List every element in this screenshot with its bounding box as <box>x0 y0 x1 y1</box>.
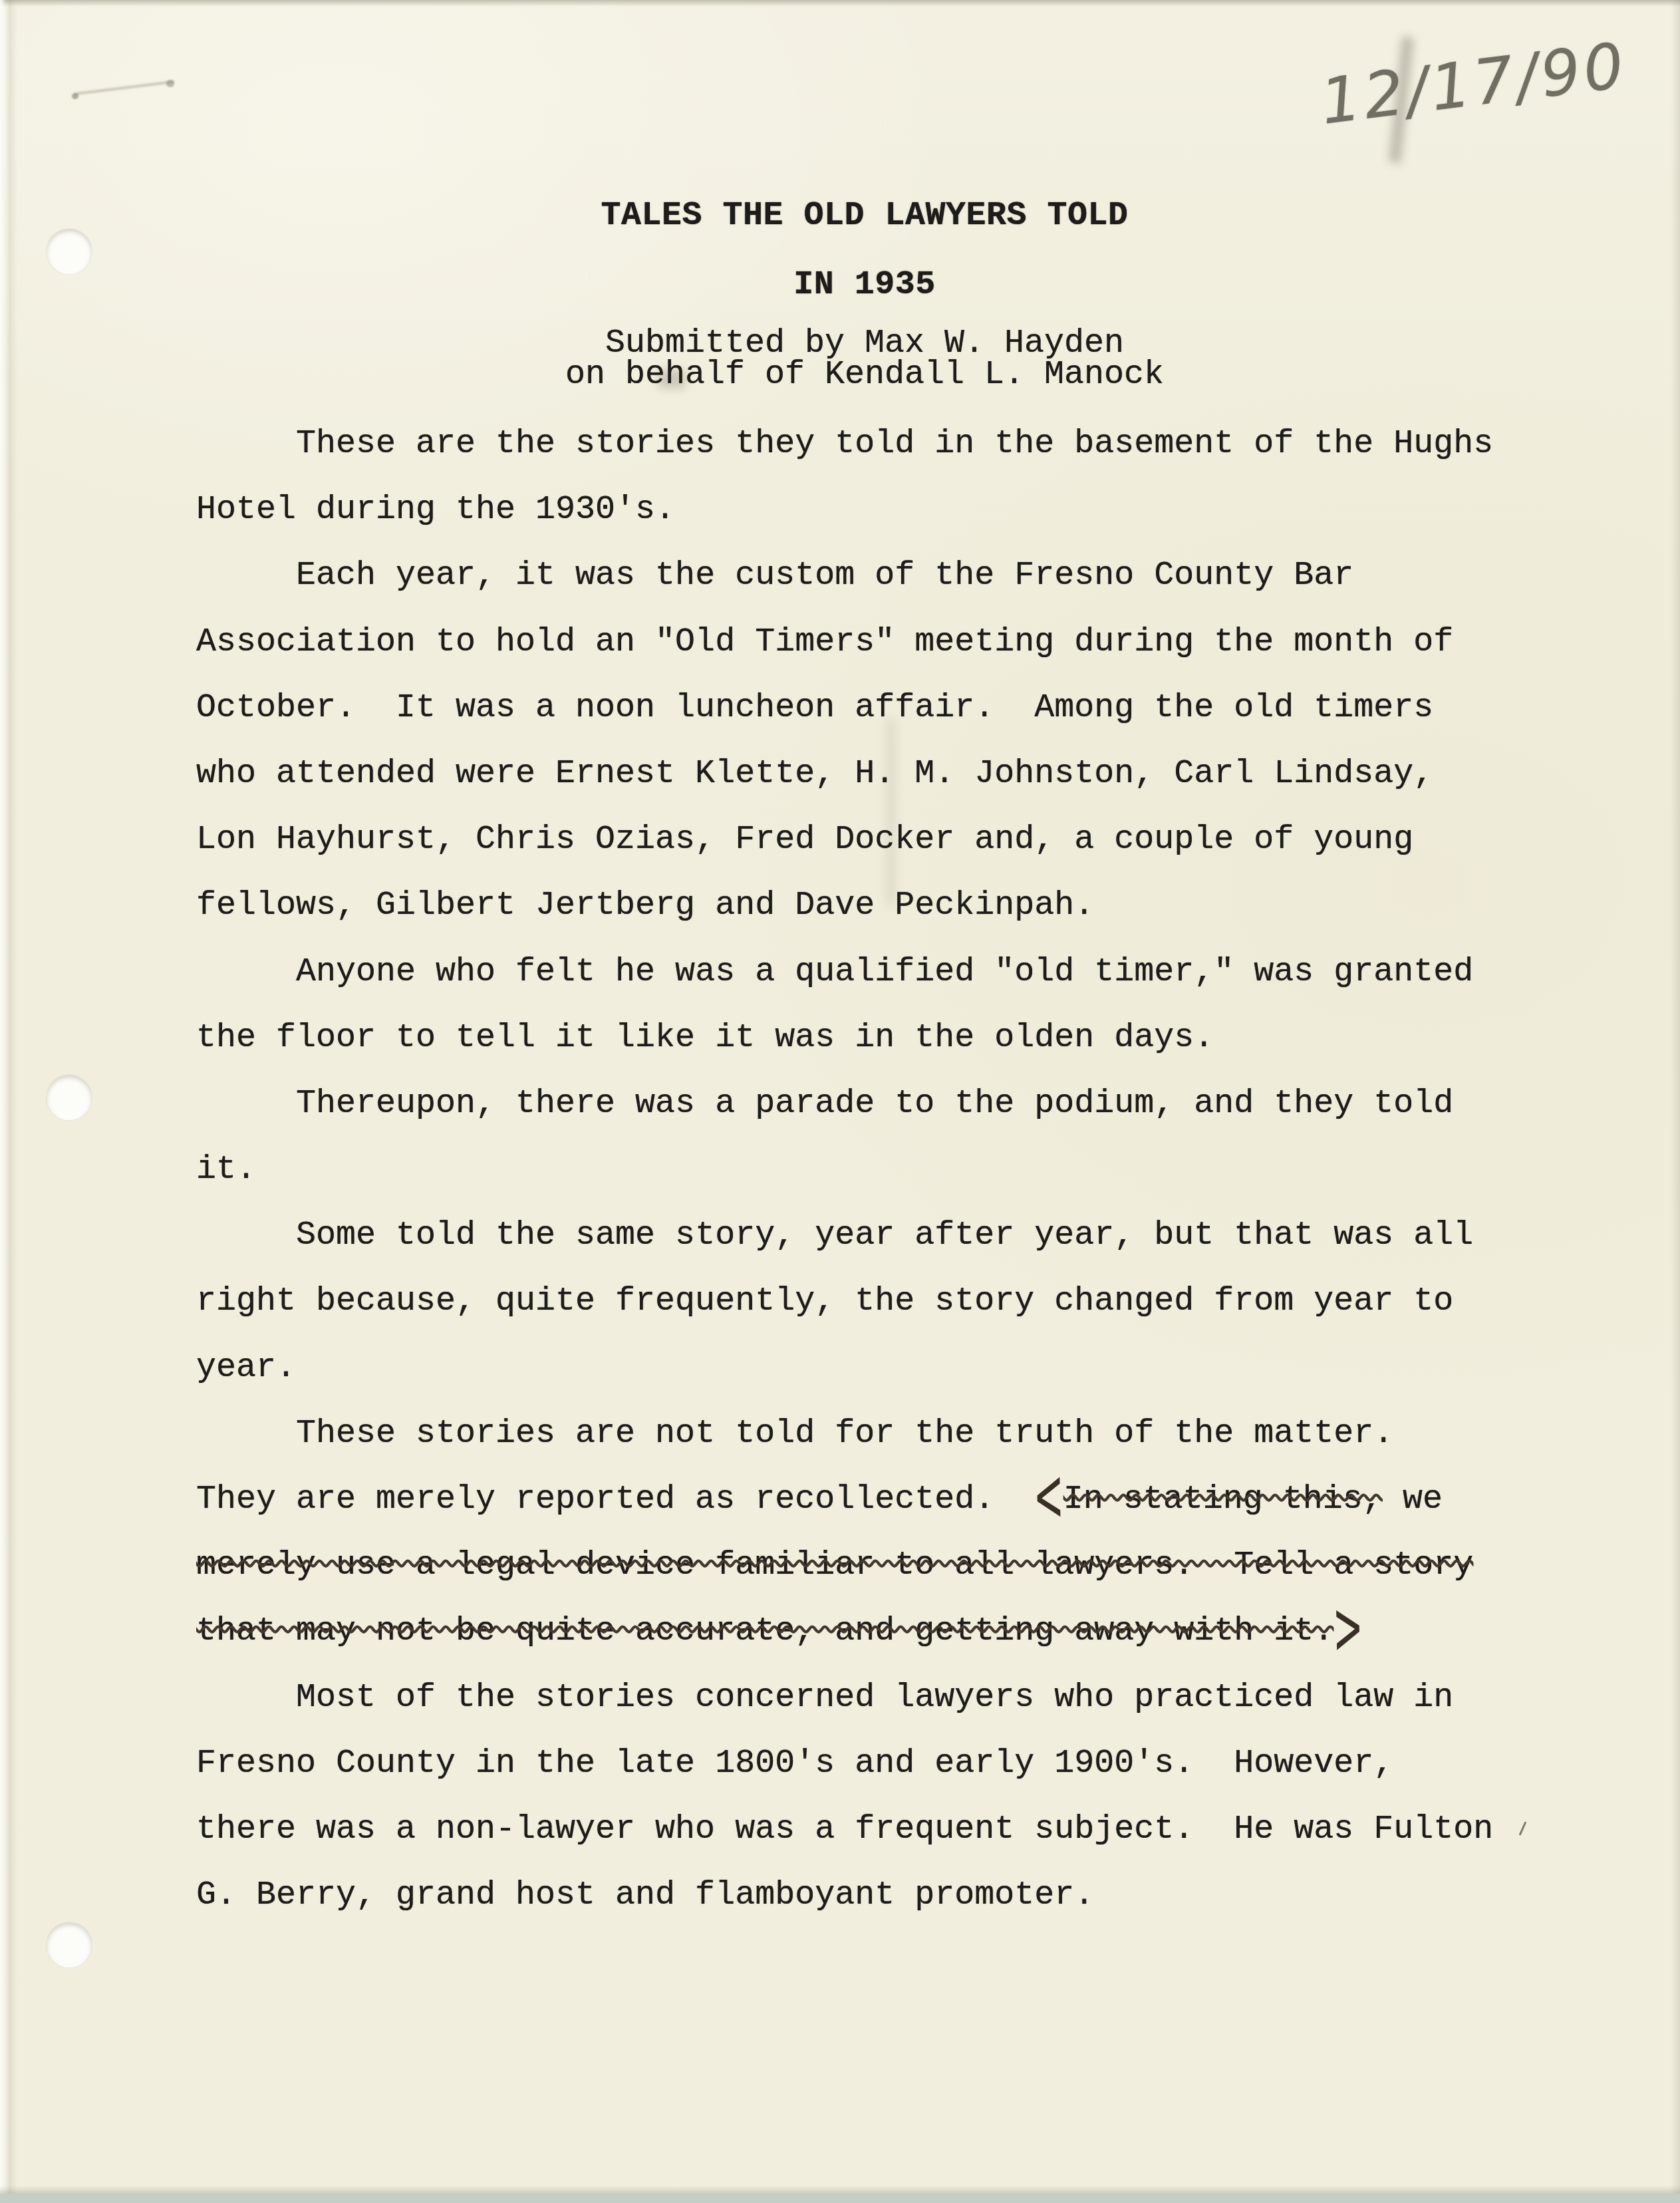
staple-mark <box>74 80 174 95</box>
document-line: right because, quite frequently, the sto… <box>196 1268 1493 1334</box>
document-line: Most of the stories concerned lawyers wh… <box>196 1665 1493 1731</box>
struck-through-text: that may not be quite accurate, and gett… <box>196 1612 1333 1650</box>
document-line: Association to hold an "Old Timers" meet… <box>196 609 1493 675</box>
staple-mark-dot <box>166 80 174 87</box>
text-segment: who attended were Ernest Klette, H. M. J… <box>196 755 1433 793</box>
document-line: These stories are not told for the truth… <box>196 1401 1493 1467</box>
text-segment: Fresno County in the late 1800's and ear… <box>196 1745 1393 1783</box>
document-line: Anyone who felt he was a qualified "old … <box>196 939 1493 1005</box>
document-line: the floor to tell it like it was in the … <box>196 1005 1493 1071</box>
document-body: These are the stories they told in the b… <box>196 411 1493 1928</box>
text-segment: fellows, Gilbert Jertberg and Dave Pecki… <box>196 887 1094 925</box>
text-segment: Anyone who felt he was a qualified "old … <box>296 953 1473 991</box>
document-line: These are the stories they told in the b… <box>196 411 1493 477</box>
text-segment: there was a non-lawyer who was a frequen… <box>196 1811 1493 1848</box>
page-edge-top <box>0 0 1680 7</box>
handwritten-bracket-open: < <box>1033 1458 1065 1535</box>
text-segment: Lon Hayhurst, Chris Ozias, Fred Docker a… <box>196 821 1413 859</box>
text-segment: These stories are not told for the truth… <box>296 1415 1393 1453</box>
text-segment: Hotel during the 1930's. <box>196 491 675 529</box>
document-title-line2: IN 1935 <box>226 269 1503 302</box>
document-line: it. <box>196 1137 1493 1203</box>
document-line: Lon Hayhurst, Chris Ozias, Fred Docker a… <box>196 807 1493 873</box>
text-segment: They are merely reported as recollected. <box>196 1481 1034 1519</box>
text-segment: Thereupon, there was a parade to the pod… <box>296 1085 1453 1123</box>
document-byline-line2: on behalf of Kendall L. Manock <box>226 359 1503 392</box>
handwritten-bracket-close: > <box>1332 1590 1364 1667</box>
hole-punch <box>47 1075 92 1120</box>
document-line: Some told the same story, year after yea… <box>196 1203 1493 1268</box>
text-segment: we <box>1383 1481 1443 1519</box>
text-segment: G. Berry, grand host and flamboyant prom… <box>196 1876 1094 1914</box>
document-line: Hotel during the 1930's. <box>196 477 1493 543</box>
hole-punch <box>47 229 92 274</box>
text-segment: it. <box>196 1151 256 1189</box>
text-segment: right because, quite frequently, the sto… <box>196 1282 1453 1320</box>
hole-punch <box>47 1922 92 1968</box>
text-segment: Association to hold an "Old Timers" meet… <box>196 623 1453 661</box>
document-line: G. Berry, grand host and flamboyant prom… <box>196 1862 1493 1928</box>
document-line: fellows, Gilbert Jertberg and Dave Pecki… <box>196 873 1493 939</box>
scanned-document-page: 12/17/90 TALES THE OLD LAWYERS TOLD IN 1… <box>0 0 1680 2203</box>
struck-through-text: merely use a legal device familiar to al… <box>196 1546 1473 1584</box>
document-line: Fresno County in the late 1800's and ear… <box>196 1731 1493 1797</box>
page-edge-bottom-shadow <box>0 2186 1680 2194</box>
document-line: that may not be quite accurate, and gett… <box>196 1598 1493 1664</box>
page-edge-right <box>1671 0 1680 2203</box>
text-segment: Some told the same story, year after yea… <box>296 1217 1473 1254</box>
handwritten-date: 12/17/90 <box>1317 29 1631 139</box>
document-line: who attended were Ernest Klette, H. M. J… <box>196 741 1493 807</box>
document-line: Thereupon, there was a parade to the pod… <box>196 1071 1493 1137</box>
text-segment: year. <box>196 1349 296 1387</box>
pen-tick-mark <box>1519 1821 1527 1835</box>
document-line: They are merely reported as recollected.… <box>196 1467 1493 1533</box>
document-title-line1: TALES THE OLD LAWYERS TOLD <box>226 200 1503 233</box>
text-segment: These are the stories they told in the b… <box>296 425 1493 463</box>
page-edge-left <box>0 0 17 2203</box>
document-line: year. <box>196 1335 1493 1401</box>
document-line: October. It was a noon luncheon affair. … <box>196 675 1493 741</box>
document-line: Each year, it was the custom of the Fres… <box>196 543 1493 609</box>
struck-through-text: In stating this, <box>1063 1481 1383 1519</box>
text-segment: Most of the stories concerned lawyers wh… <box>296 1679 1453 1717</box>
text-segment: October. It was a noon luncheon affair. … <box>196 689 1433 727</box>
text-segment: the floor to tell it like it was in the … <box>196 1019 1214 1057</box>
text-segment: Each year, it was the custom of the Fres… <box>296 557 1353 595</box>
page-edge-bottom <box>0 2194 1680 2203</box>
document-line: merely use a legal device familiar to al… <box>196 1533 1493 1598</box>
document-line: there was a non-lawyer who was a frequen… <box>196 1797 1493 1862</box>
staple-mark-dot <box>72 93 78 99</box>
